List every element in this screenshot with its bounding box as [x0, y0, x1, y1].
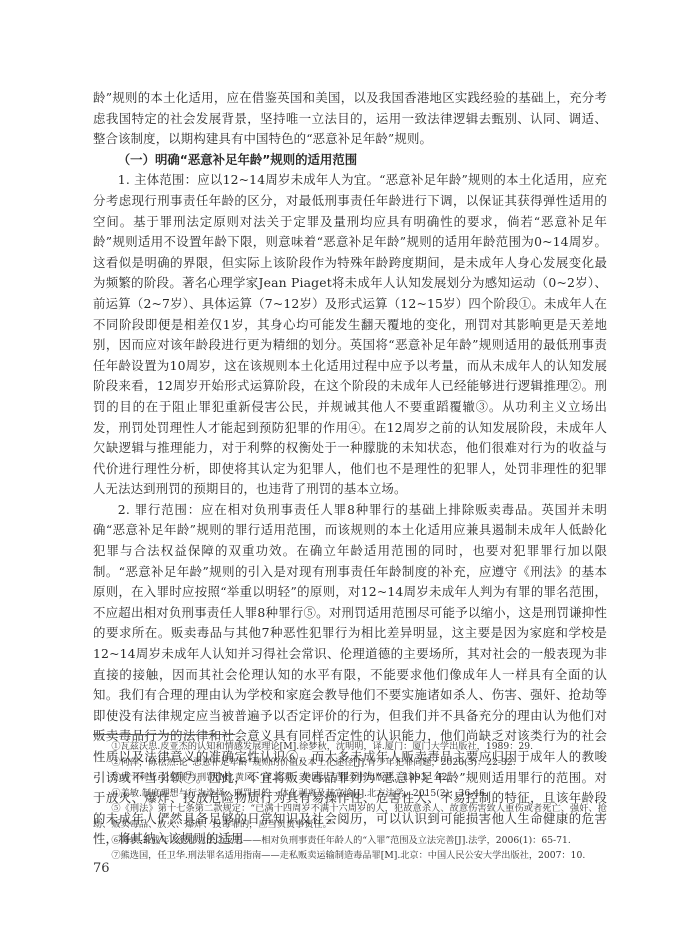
footnote-2: ②何萍，陈松然.论“恶意补足年龄”规则的价值及本土化途径[J].青少年犯罪问题，… [93, 755, 607, 771]
body-text: 龄”规则的本土化适用，应在借鉴英国和美国，以及我国香港地区实践经验的基础上，充分… [93, 88, 607, 850]
footnote-4: ④姜敏.制度理想与行为选择：刑罚目的一体化剥离及其宣谕[J].北方法学，2015… [93, 786, 607, 802]
footnote-7: ⑦熊选国，任卫华.刑法罪名适用指南——走私贩卖运输制造毒品罪[M].北京：中国人… [93, 848, 607, 864]
paragraph-subject-scope: 1. 主体范围：应以12~14周岁未成年人为宜。“恶意补足年龄”规则的本土化适用… [93, 170, 607, 500]
paragraph-continuation: 龄”规则的本土化适用，应在借鉴英国和美国，以及我国香港地区实践经验的基础上，充分… [93, 88, 607, 150]
footnote-divider [93, 734, 235, 735]
footnote-6: ⑥韩轶.未成年人犯罪立法之反思——相对负刑事责任年龄人的“入罪”范围及立法完善[… [93, 833, 607, 849]
footnote-3: ③贝卡利亚.论犯罪与刑罚[M].黄风，译.北京：中国大百科全书出版社，1993：… [93, 770, 607, 786]
footnote-5: ⑤《刑法》第十七条第二款规定：“已满十四周岁不满十六周岁的人，犯故意杀人、故意伤… [93, 801, 607, 832]
page-number: 76 [93, 861, 110, 876]
footnote-1: ①瓦兹沃思.皮亚杰的认知和情感发展理论[M].徐梦秋，沈明明，译.厦门：厦门大学… [93, 739, 607, 755]
footnotes: ①瓦兹沃思.皮亚杰的认知和情感发展理论[M].徐梦秋，沈明明，译.厦门：厦门大学… [93, 739, 607, 864]
section-heading: （一）明确“恶意补足年龄”规则的适用范围 [93, 150, 607, 171]
